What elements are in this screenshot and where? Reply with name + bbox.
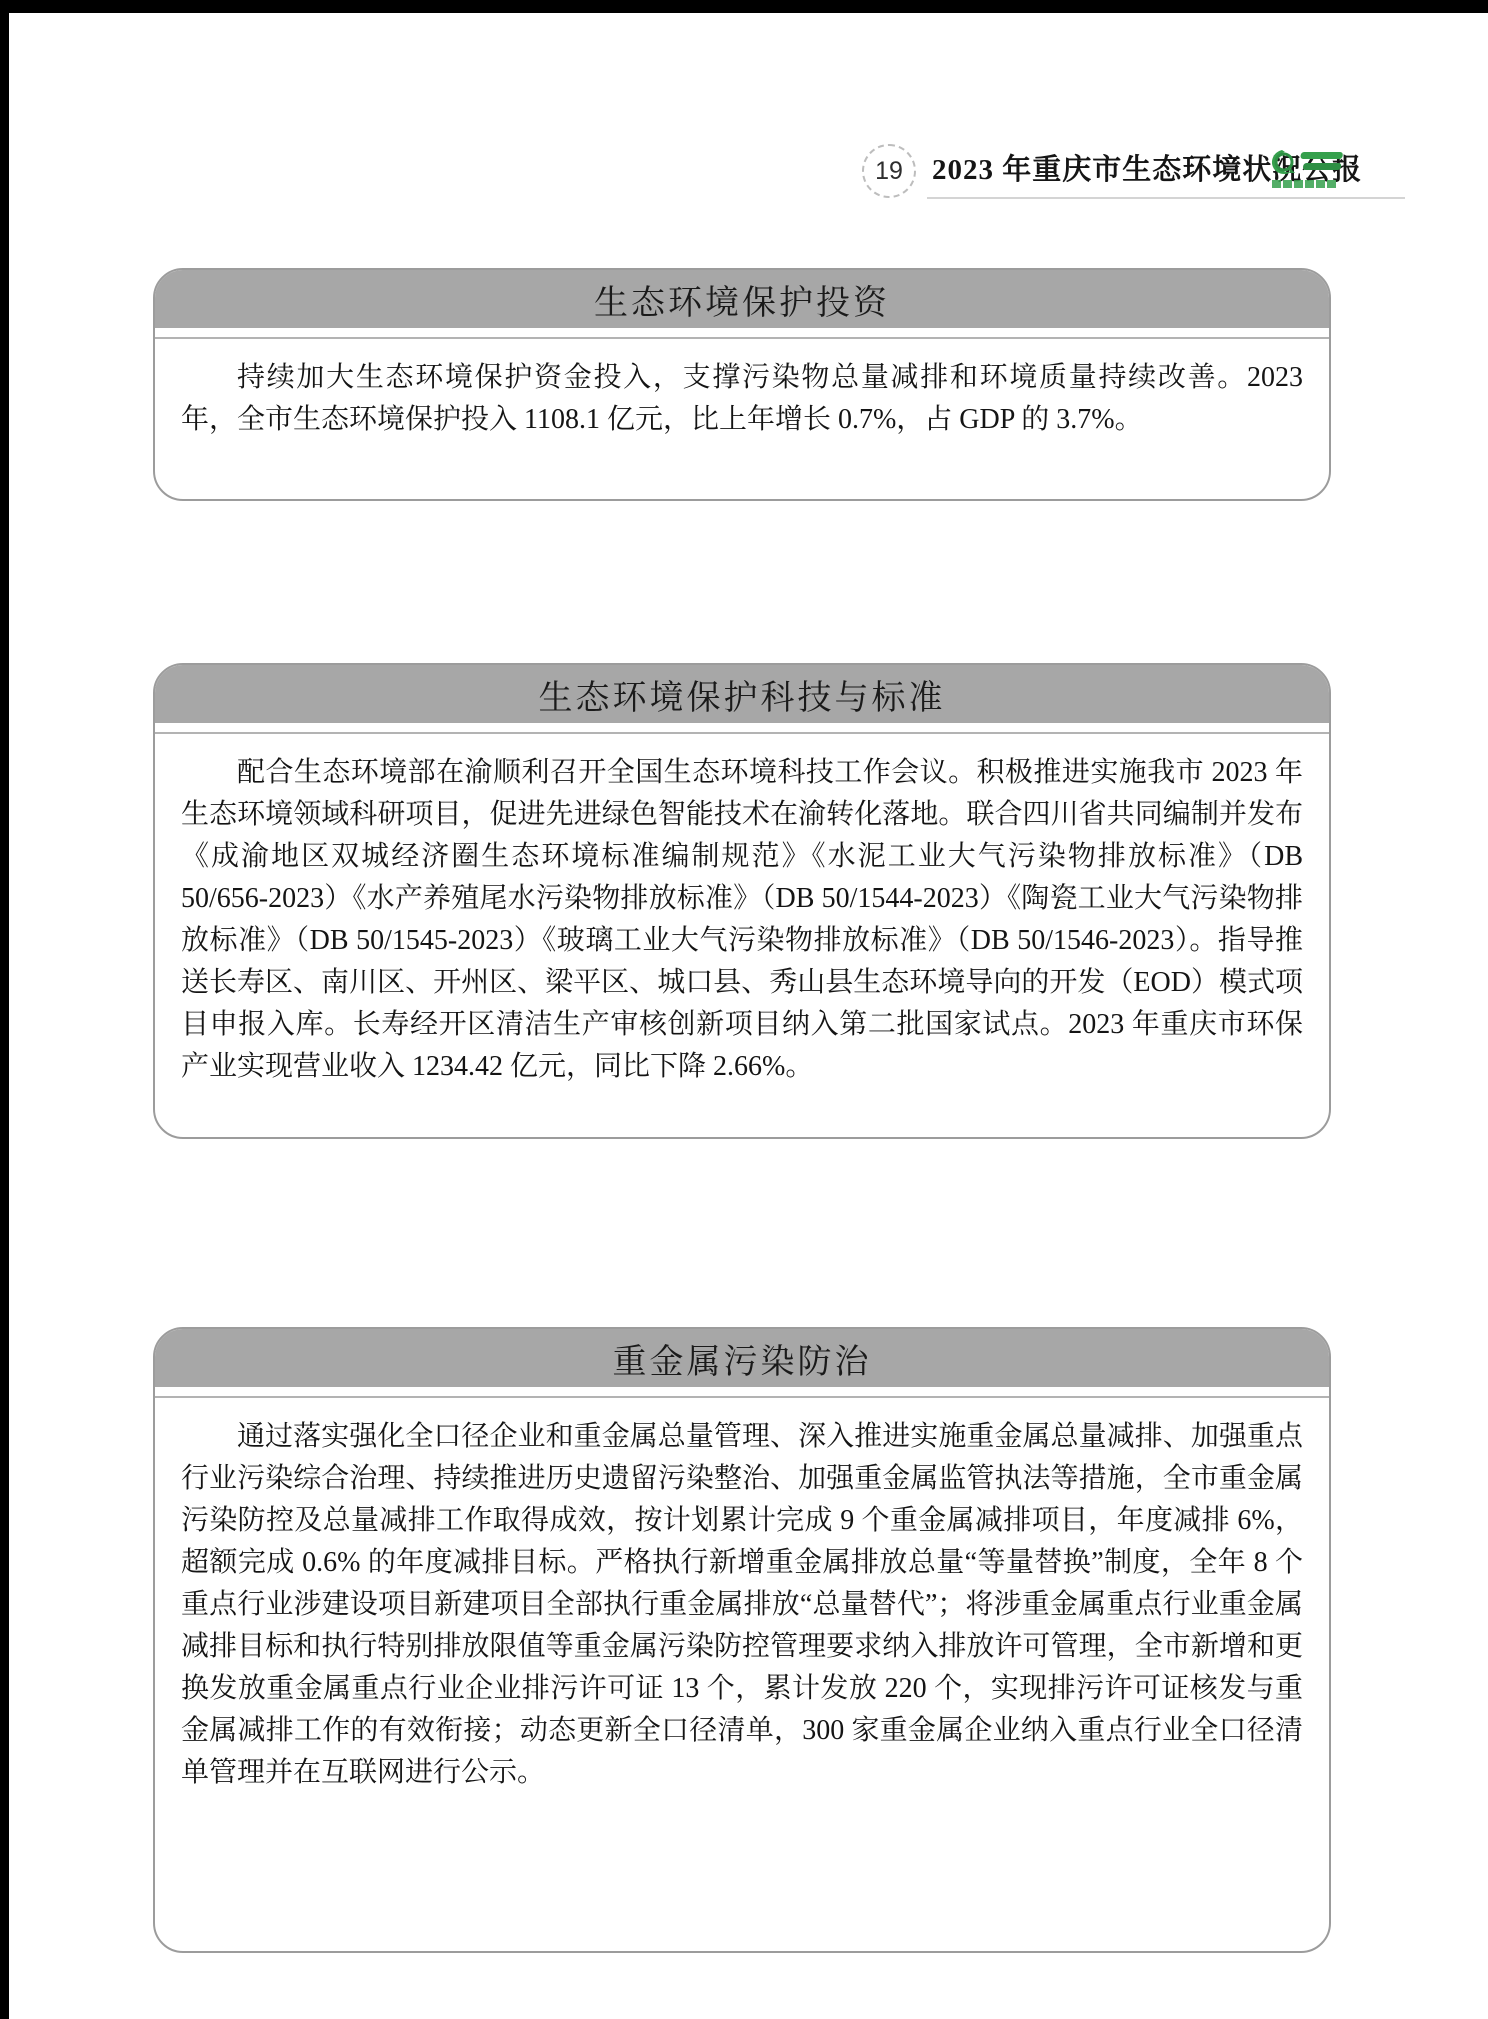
section-card-investment: 生态环境保护投资 持续加大生态环境保护资金投入，支撑污染物总量减排和环境质量持续…: [153, 268, 1331, 501]
scan-edge-top: [0, 0, 1488, 13]
logo-caption: [1272, 180, 1336, 188]
section-body: 通过落实强化全口径企业和重金属总量管理、深入推进实施重金属总量减排、加强重点行业…: [155, 1398, 1329, 1794]
page-number-seal: 19: [862, 144, 916, 198]
section-header-bar: 生态环境保护投资: [155, 270, 1329, 328]
report-page: { "header": { "page_number": "19", "titl…: [0, 0, 1488, 2019]
section-paragraph: 配合生态环境部在渝顺利召开全国生态环境科技工作会议。积极推进实施我市 2023 …: [181, 752, 1303, 1088]
section-header-bar: 生态环境保护科技与标准: [155, 665, 1329, 723]
section-body: 持续加大生态环境保护资金投入，支撑污染物总量减排和环境质量持续改善。2023 年…: [155, 339, 1329, 441]
section-card-heavy-metal: 重金属污染防治 通过落实强化全口径企业和重金属总量管理、深入推进实施重金属总量减…: [153, 1327, 1331, 1953]
page-number: 19: [875, 157, 903, 186]
scan-edge-left: [0, 0, 9, 2019]
section-title: 生态环境保护投资: [594, 275, 890, 324]
section-title: 重金属污染防治: [613, 1334, 872, 1383]
section-body: 配合生态环境部在渝顺利召开全国生态环境科技工作会议。积极推进实施我市 2023 …: [155, 734, 1329, 1088]
header-rule: [927, 197, 1405, 199]
section-header-bar: 重金属污染防治: [155, 1329, 1329, 1387]
section-paragraph: 通过落实强化全口径企业和重金属总量管理、深入推进实施重金属总量减排、加强重点行业…: [181, 1416, 1303, 1794]
section-card-science-standards: 生态环境保护科技与标准 配合生态环境部在渝顺利召开全国生态环境科技工作会议。积极…: [153, 663, 1331, 1139]
section-title: 生态环境保护科技与标准: [539, 670, 946, 719]
section-paragraph: 持续加大生态环境保护资金投入，支撑污染物总量减排和环境质量持续改善。2023 年…: [181, 357, 1303, 441]
